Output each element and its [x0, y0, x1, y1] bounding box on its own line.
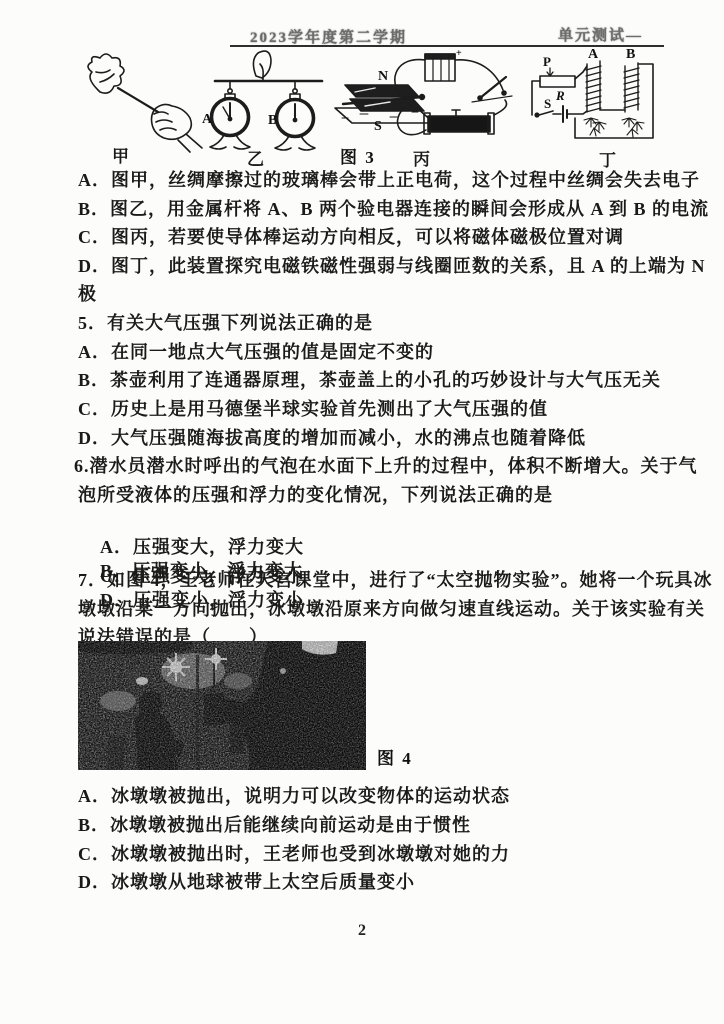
- question-7-option-b: B．冰墩墩被抛出后能继续向前运动是由于惯性: [78, 813, 471, 837]
- question-4-option-c: C．图丙，若要使导体棒运动方向相反，可以将磁体磁极位置对调: [78, 225, 624, 249]
- question-6-stem-line2: 泡所受液体的压强和浮力的变化情况，下列说法正确的是: [78, 483, 553, 507]
- svg-text:B: B: [268, 113, 277, 128]
- question-5-option-a: A．在同一地点大气压强的值是固定不变的: [78, 340, 434, 364]
- svg-text:S: S: [544, 96, 551, 111]
- question-7-option-c: C．冰墩墩被抛出时，王老师也受到冰墩墩对她的力: [78, 842, 510, 866]
- svg-text:A: A: [588, 48, 599, 62]
- svg-text:S: S: [374, 119, 382, 134]
- question-5-option-d: D．大气压强随海拔高度的增加而减小，水的沸点也随着降低: [78, 426, 586, 450]
- svg-text:R: R: [555, 88, 565, 103]
- question-5-option-b: B．茶壶利用了连通器原理，茶壶盖上的小孔的巧妙设计与大气压无关: [78, 368, 661, 392]
- question-4-option-b: B．图乙，用金属杆将 A、B 两个验电器连接的瞬间会形成从 A 到 B 的电流: [78, 197, 709, 221]
- question-4-option-a: A．图甲，丝绸摩擦过的玻璃棒会带上正电荷，这个过程中丝绸会失去电子: [78, 168, 700, 192]
- header-rule: [230, 45, 664, 47]
- question-4-option-d: D．图丁，此装置探究电磁铁磁性强弱与线圈匝数的关系，且 A 的上端为 N: [78, 254, 706, 278]
- magnet-conductor-circuit-diagram: N S +: [335, 48, 512, 135]
- svg-text:+: +: [456, 48, 462, 59]
- electromagnet-coils-circuit-diagram: P R S A B: [532, 48, 653, 138]
- figure4-caption: 图 4: [377, 744, 413, 769]
- question-7-option-a: A．冰墩墩被抛出，说明力可以改变物体的运动状态: [78, 784, 510, 808]
- question-7-option-d: D．冰墩墩从地球被带上太空后质量变小: [78, 870, 415, 894]
- svg-text:N: N: [378, 69, 388, 84]
- question-7-stem-line2: 墩墩沿某一方向抛出，冰墩墩沿原来方向做匀速直线运动。关于该实验有关: [78, 597, 705, 621]
- svg-text:B: B: [626, 48, 635, 62]
- label-yi: 乙: [247, 145, 264, 170]
- label-bing: 丙: [413, 145, 430, 170]
- electroscopes-diagram: A B: [202, 51, 322, 150]
- exam-page: 2023学年度第二学期 单元测试— A: [0, 0, 724, 1024]
- figure3-caption: 图 3: [340, 143, 376, 168]
- svg-text:P: P: [543, 54, 551, 69]
- page-number: 2: [0, 922, 724, 940]
- header-right-title: 单元测试—: [558, 24, 643, 47]
- label-jia: 甲: [112, 142, 129, 167]
- question-5-option-c: C．历史上是用马德堡半球实验首先测出了大气压强的值: [78, 397, 548, 421]
- header-left-title: 2023学年度第二学期: [250, 26, 407, 47]
- question-4-option-d-overflow: 极: [78, 282, 97, 306]
- question-7-stem-line1: 7．如图 4，王老师在天宫课堂中，进行了“太空抛物实验”。她将一个玩具冰: [78, 568, 713, 592]
- silk-rubbing-glass-rod-diagram: [88, 54, 202, 152]
- figure4-photo: [78, 641, 366, 770]
- svg-text:A: A: [202, 112, 213, 127]
- question-6-stem-line1: 6.潜水员潜水时呼出的气泡在水面下上升的过程中，体积不断增大。关于气: [74, 454, 698, 478]
- question-5-stem: 5．有关大气压强下列说法正确的是: [78, 311, 373, 335]
